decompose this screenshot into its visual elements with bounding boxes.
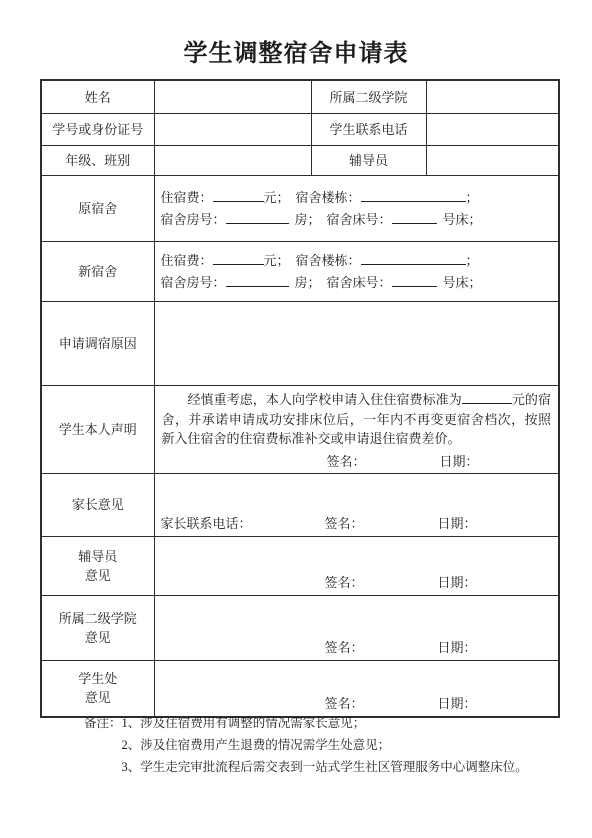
footer-notes: 备注： 1、涉及住宿费用有调整的情况需家长意见； 2、涉及住宿费用产生退费的情况…: [84, 712, 528, 778]
reason-label: 申请调宿原因: [41, 302, 154, 386]
counselor-label: 辅导员: [311, 146, 426, 176]
fee-blank-field[interactable]: [213, 188, 264, 202]
date-label: 日期：: [438, 513, 477, 532]
bed-blank-field[interactable]: [392, 273, 437, 287]
counselor-opinion-label-line1: 辅导员: [42, 547, 154, 566]
old-dorm-line1: 住宿费：元；宿舍楼栋：；: [161, 187, 559, 209]
student-affairs-opinion-label: 学生处 意见: [41, 660, 154, 717]
statement-text: 经慎重考虑，本人向学校申请入住住宿费标准为元的宿舍，并承诺申请成功安排床位后，一…: [162, 390, 552, 449]
old-dorm-line2: 宿舍房号：房；宿舍床号：号床；: [161, 209, 559, 231]
bed-suffix: 号床；: [443, 212, 482, 227]
room-label: 宿舍房号：: [161, 212, 226, 227]
table-row: 家长意见 家长联系电话： 签名： 日期：: [41, 473, 559, 536]
fee-label: 住宿费：: [161, 253, 213, 268]
bed-label: 宿舍床号：: [327, 212, 392, 227]
student-id-field[interactable]: [154, 114, 311, 146]
table-row: 学号或身份证号 学生联系电话: [41, 114, 559, 146]
table-row: 原宿舍 住宿费：元；宿舍楼栋：； 宿舍房号：房；宿舍床号：号床；: [41, 176, 559, 242]
application-table: 姓名 所属二级学院 学号或身份证号 学生联系电话 年级、班别 辅导员 原宿舍 住…: [40, 79, 560, 718]
name-label: 姓名: [41, 80, 154, 114]
room-suffix: 房；: [295, 275, 321, 290]
college-opinion-label-line1: 所属二级学院: [42, 609, 154, 628]
building-suffix: ；: [466, 190, 479, 205]
date-label: 日期：: [438, 572, 477, 591]
college-opinion-label: 所属二级学院 意见: [41, 595, 154, 660]
room-blank-field[interactable]: [226, 273, 289, 287]
counselor-sign-line: 签名： 日期：: [155, 572, 559, 592]
date-label: 日期：: [438, 693, 477, 712]
self-statement-cell: 经慎重考虑，本人向学校申请入住住宿费标准为元的宿舍，并承诺申请成功安排床位后，一…: [154, 386, 559, 474]
bed-label: 宿舍床号：: [327, 275, 392, 290]
fee-blank-field[interactable]: [213, 251, 264, 265]
college-sign-line: 签名： 日期：: [155, 637, 559, 657]
bed-blank-field[interactable]: [392, 210, 437, 224]
parent-opinion-cell[interactable]: 家长联系电话： 签名： 日期：: [154, 473, 559, 536]
building-label: 宿舍楼栋：: [296, 253, 361, 268]
building-label: 宿舍楼栋：: [296, 190, 361, 205]
date-label: 日期：: [440, 451, 479, 470]
table-row: 学生本人声明 经慎重考虑，本人向学校申请入住住宿费标准为元的宿舍，并承诺申请成功…: [41, 386, 559, 474]
note-item: 1、涉及住宿费用有调整的情况需家长意见；: [122, 712, 528, 734]
sign-label: 签名：: [325, 513, 364, 532]
counselor-opinion-label: 辅导员 意见: [41, 536, 154, 595]
grade-class-label: 年级、班别: [41, 146, 154, 176]
note-item: 2、涉及住宿费用产生退费的情况需学生处意见；: [122, 734, 528, 756]
fee-suffix: 元；: [264, 190, 290, 205]
sign-label: 签名：: [325, 572, 364, 591]
statement-text-before: 经慎重考虑，本人向学校申请入住住宿费标准为: [188, 392, 462, 407]
counselor-field[interactable]: [426, 146, 559, 176]
college-label: 所属二级学院: [311, 80, 426, 114]
parent-phone-label: 家长联系电话：: [161, 513, 252, 532]
fee-label: 住宿费：: [161, 190, 213, 205]
grade-class-field[interactable]: [154, 146, 311, 176]
notes-prefix: 备注：: [84, 712, 122, 778]
room-blank-field[interactable]: [226, 210, 289, 224]
new-dorm-label: 新宿舍: [41, 242, 154, 302]
table-row: 申请调宿原因: [41, 302, 559, 386]
parent-opinion-label: 家长意见: [41, 473, 154, 536]
old-dorm-label: 原宿舍: [41, 176, 154, 242]
statement-sign-line: 签名： 日期：: [162, 451, 552, 471]
name-field[interactable]: [154, 80, 311, 114]
building-blank-field[interactable]: [361, 188, 466, 202]
building-suffix: ；: [466, 253, 479, 268]
college-opinion-cell[interactable]: 签名： 日期：: [154, 595, 559, 660]
counselor-opinion-label-line2: 意见: [42, 566, 154, 585]
college-field[interactable]: [426, 80, 559, 114]
sign-label: 签名：: [325, 693, 364, 712]
table-row: 辅导员 意见 签名： 日期：: [41, 536, 559, 595]
table-row: 新宿舍 住宿费：元；宿舍楼栋：； 宿舍房号：房；宿舍床号：号床；: [41, 242, 559, 302]
reason-field[interactable]: [154, 302, 559, 386]
application-form-page: 学生调整宿舍申请表 姓名 所属二级学院 学号或身份证号 学生联系电话 年级、班别…: [0, 0, 592, 838]
new-dorm-line2: 宿舍房号：房；宿舍床号：号床；: [161, 272, 559, 294]
student-affairs-opinion-cell[interactable]: 签名： 日期：: [154, 660, 559, 717]
self-statement-label: 学生本人声明: [41, 386, 154, 474]
parent-sign-line: 家长联系电话： 签名： 日期：: [155, 513, 559, 533]
student-affairs-sign-line: 签名： 日期：: [155, 693, 559, 713]
table-row: 姓名 所属二级学院: [41, 80, 559, 114]
college-opinion-label-line2: 意见: [42, 628, 154, 647]
page-title: 学生调整宿舍申请表: [0, 33, 592, 68]
table-row: 所属二级学院 意见 签名： 日期：: [41, 595, 559, 660]
student-affairs-label-line2: 意见: [42, 688, 154, 707]
table-row: 学生处 意见 签名： 日期：: [41, 660, 559, 717]
new-dorm-details-cell: 住宿费：元；宿舍楼栋：； 宿舍房号：房；宿舍床号：号床；: [154, 242, 559, 302]
date-label: 日期：: [438, 637, 477, 656]
sign-label: 签名：: [325, 637, 364, 656]
room-label: 宿舍房号：: [161, 275, 226, 290]
counselor-opinion-cell[interactable]: 签名： 日期：: [154, 536, 559, 595]
old-dorm-details-cell: 住宿费：元；宿舍楼栋：； 宿舍房号：房；宿舍床号：号床；: [154, 176, 559, 242]
note-item: 3、学生走完审批流程后需交表到一站式学生社区管理服务中心调整床位。: [122, 756, 528, 778]
bed-suffix: 号床；: [443, 275, 482, 290]
room-suffix: 房；: [295, 212, 321, 227]
student-phone-field[interactable]: [426, 114, 559, 146]
student-affairs-label-line1: 学生处: [42, 669, 154, 688]
statement-fee-blank-field[interactable]: [462, 390, 512, 404]
table-row: 年级、班别 辅导员: [41, 146, 559, 176]
fee-suffix: 元；: [264, 253, 290, 268]
student-id-label: 学号或身份证号: [41, 114, 154, 146]
sign-label: 签名：: [327, 451, 366, 470]
new-dorm-line1: 住宿费：元；宿舍楼栋：；: [161, 250, 559, 272]
building-blank-field[interactable]: [361, 251, 466, 265]
student-phone-label: 学生联系电话: [311, 114, 426, 146]
